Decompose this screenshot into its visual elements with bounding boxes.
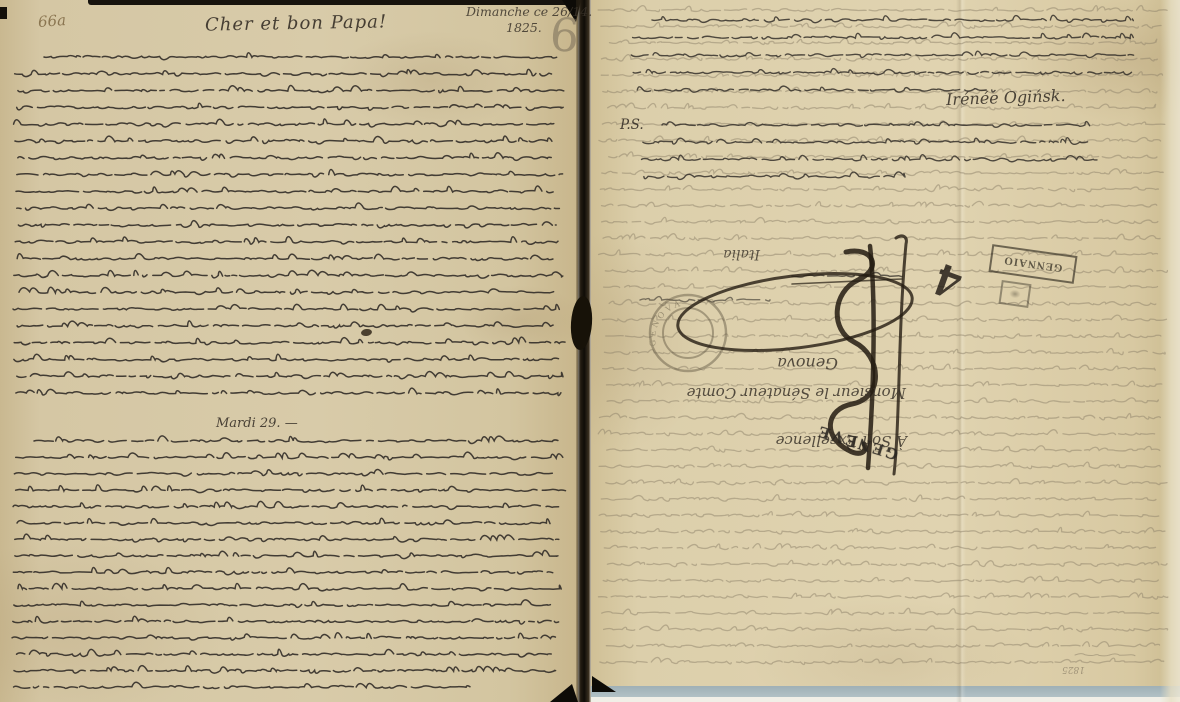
gennaio-stamp-text: GENNAIO [1003, 254, 1064, 274]
address-line-italia: Italia [688, 246, 760, 262]
bottom-notation: 1825 [1062, 664, 1085, 674]
address-line-monsieur: Monsieur le Sénateur Comte [656, 384, 906, 402]
salutation: Cher et bon Papa! [205, 11, 387, 35]
dateline-year: 1825. [506, 20, 542, 35]
postscript-label: P.S. [620, 117, 644, 133]
letter-scan: GENOVA 66a Cher et bon Papa! Dimanche ce… [0, 0, 1180, 702]
pencil-numeral: 6 [548, 7, 582, 63]
corner-number: 66a [37, 11, 66, 31]
mid-dateline: Mardi 29. — [216, 416, 298, 431]
address-line-genova: Genova [738, 354, 838, 373]
genova-circle-stamp: GENOVA [647, 295, 726, 371]
small-box-stamp [998, 280, 1031, 308]
